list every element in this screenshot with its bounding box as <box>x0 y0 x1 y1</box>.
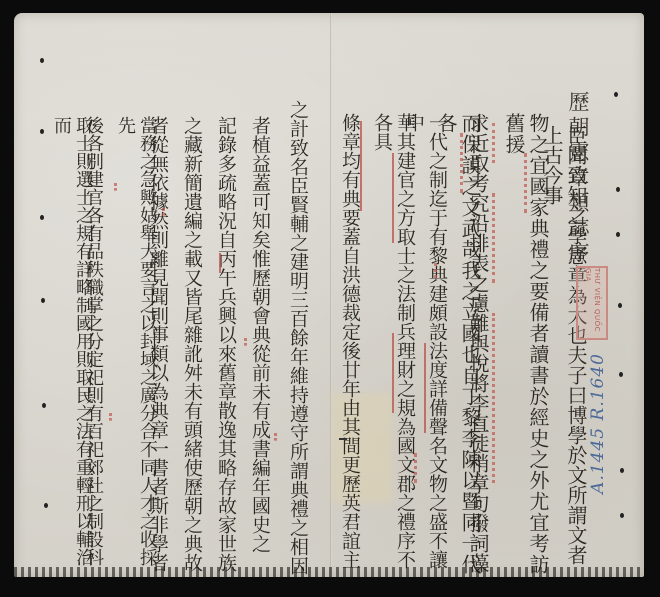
red-annotation-mark <box>434 263 440 278</box>
stamp-text: THƯ VIỆN QUỐC GIA <box>583 268 601 338</box>
binding-hole <box>40 215 44 220</box>
text-column: 者植益蓋可知矣惟歷朝會典從前未有成書編年國史之 <box>248 116 271 553</box>
binding-hole <box>618 303 622 308</box>
text-column: 條章均有典要蓋自洪德裁定後廿年由其間更歷英君誼主 <box>338 113 361 569</box>
binding-hole <box>619 372 623 377</box>
red-annotation-mark <box>274 433 280 441</box>
red-annotation-line <box>219 253 221 273</box>
text-column: 當務之急歟姑舉大要言之以封域之廣分合不同人才之收採先 <box>114 116 158 577</box>
red-annotation-mark <box>492 193 498 283</box>
red-annotation-mark <box>460 133 466 193</box>
red-annotation-line <box>392 153 394 243</box>
binding-hole <box>40 58 44 63</box>
binding-hole <box>616 232 620 237</box>
text-column: 之藏新簡遺編之載又皆尾雜訛舛未有頭緒使歷朝之典故 <box>180 116 203 572</box>
binding-hole <box>41 298 45 303</box>
binding-hole <box>614 92 618 97</box>
red-annotation-mark <box>244 338 250 346</box>
text-column: 記錄多疏略況自丙午兵興以來舊章散逸其略存故家世族 <box>214 116 237 572</box>
manuscript-sheet: 歷朝憲章類誌序 臣聞致知之學憲章為大也夫子曰博學於文所謂文者上古今事 物之宜國家… <box>14 13 644 577</box>
red-annotation-line <box>424 343 426 433</box>
red-annotation-line <box>360 121 362 211</box>
red-annotation-mark <box>414 453 420 483</box>
binding-hole <box>40 129 44 134</box>
binding-hole <box>616 187 620 192</box>
red-annotation-line <box>392 333 394 413</box>
red-annotation-mark <box>114 183 120 191</box>
catalog-number: A.1445 R.1640 <box>588 353 608 494</box>
binding-hole <box>44 503 48 508</box>
red-annotation-mark <box>492 313 498 483</box>
binding-hole <box>42 403 46 408</box>
binding-hole <box>620 513 624 518</box>
fold-mark <box>339 438 347 440</box>
red-annotation-mark <box>524 153 530 213</box>
binding-hole <box>620 468 624 473</box>
red-annotation-mark <box>492 123 498 163</box>
text-column: 之計致名臣賢輔之建明三百餘年維持遵守所謂典禮之相因 <box>286 100 309 575</box>
library-stamp: THƯ VIỆN QUỐC GIA <box>576 266 608 340</box>
red-annotation-mark <box>162 208 168 216</box>
red-annotation-mark <box>109 413 115 421</box>
text-column: 取士則選士之規有詳略制國用則取民之法有重輕刑以輔治而 <box>50 116 94 577</box>
